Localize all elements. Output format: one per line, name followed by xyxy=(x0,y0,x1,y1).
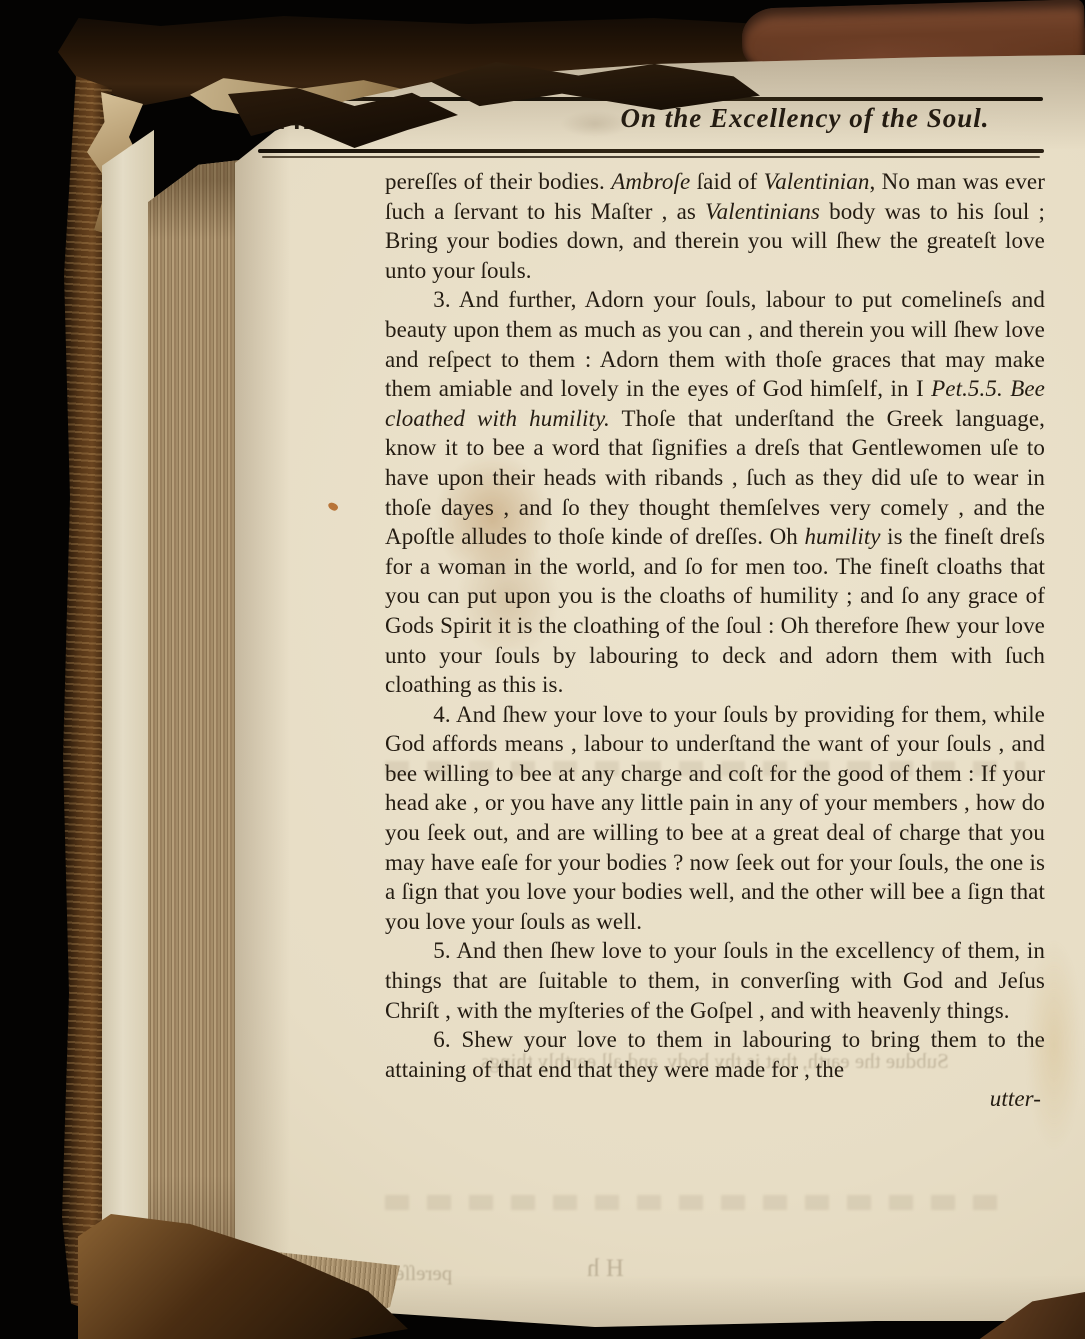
book-page: 242 On the Excellency of the Soul. Subdu… xyxy=(235,55,1085,1335)
catchword: utter- xyxy=(990,1086,1041,1111)
running-title: On the Excellency of the Soul. xyxy=(565,103,1045,134)
paragraph-continuation: pereſſes of their bodies. Ambroſe ſaid o… xyxy=(385,167,1045,285)
paragraph-3: 3. And further, Adorn your ſouls, labour… xyxy=(385,285,1045,699)
text-column: pereſſes of their bodies. Ambroſe ſaid o… xyxy=(385,167,1045,1114)
show-through-ghost-line xyxy=(385,1195,1005,1210)
catchword-row: utter- xyxy=(385,1084,1045,1114)
paragraph-6: 6. Shew your love to them in labouring t… xyxy=(385,1025,1045,1084)
paragraph-5: 5. And then ſhew love to your ſouls in t… xyxy=(385,936,1045,1025)
page-edge-margin xyxy=(102,118,154,1308)
paragraph-4: 4. And ſhew your love to your ſouls by p… xyxy=(385,700,1045,937)
text-block-fore-edge xyxy=(148,146,240,1316)
paper-speck xyxy=(327,501,339,512)
header-rule-top xyxy=(261,97,1043,101)
book-scan-photo: 242 On the Excellency of the Soul. Subdu… xyxy=(0,0,1085,1339)
header-rule-bottom xyxy=(258,149,1044,153)
show-through-signature-mark: H h xyxy=(587,1255,624,1283)
